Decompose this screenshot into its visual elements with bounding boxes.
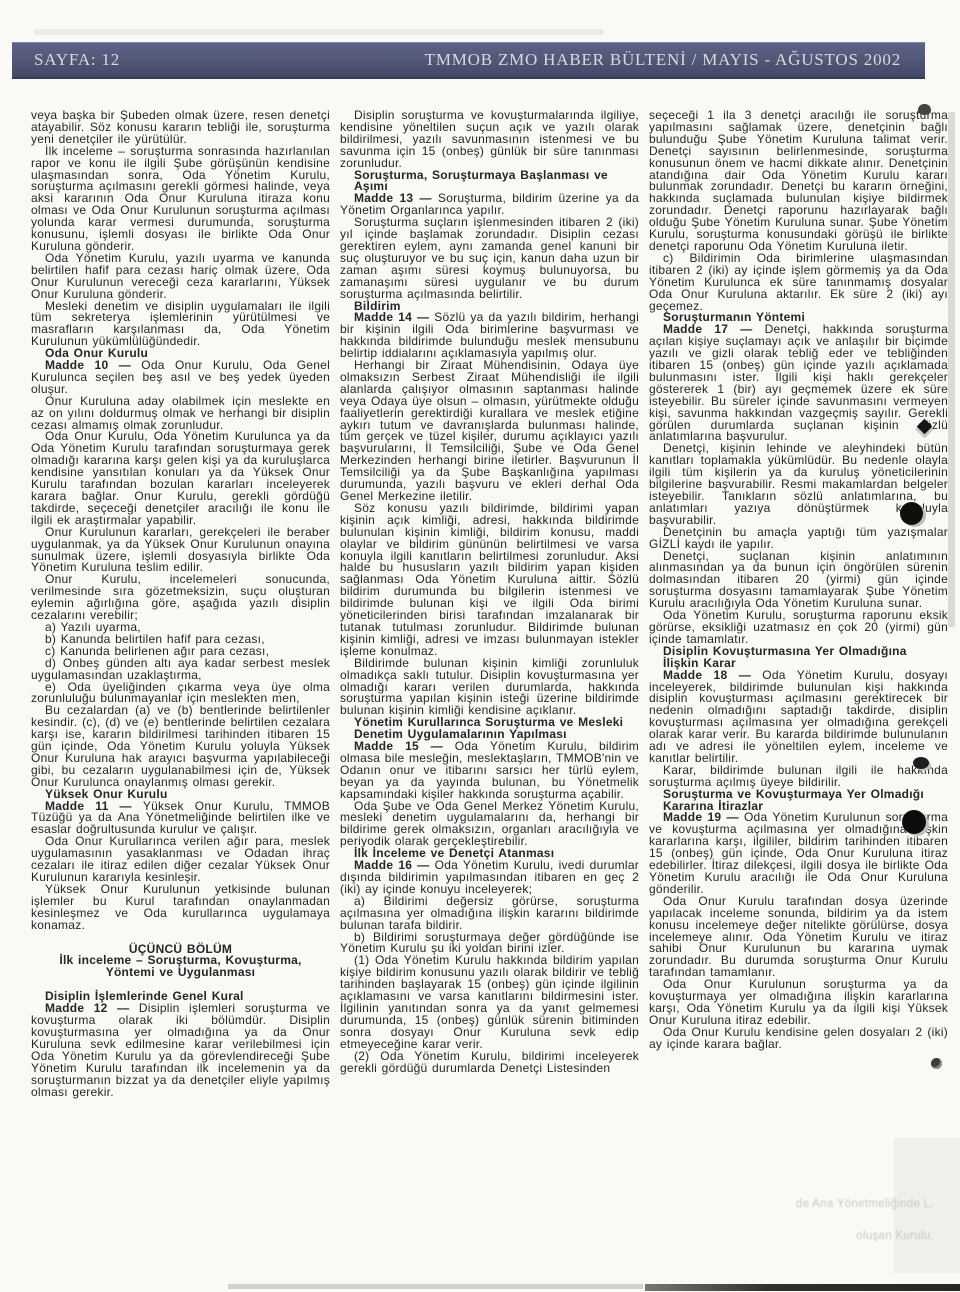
paragraph: Disiplin soruşturma ve kovuşturmalarında… [340,110,639,170]
ink-blob [900,502,923,525]
paragraph: Madde 16 — Oda Yönetim Kurulu, ivedi dur… [340,860,639,896]
paragraph: Madde 10 — Oda Onur Kurulu, Oda Genel Ku… [31,360,330,396]
paragraph: Karar, bildirimde bulunan ilgili ile hak… [649,765,948,789]
paragraph: Bu cezalardan (a) ve (b) bentlerinde bel… [31,705,330,788]
ink-blob [913,757,929,769]
paragraph: Oda Onur Kurulu tarafından dosya üzerind… [649,896,948,979]
paragraph: Oda Yönetim Kurulu, yazılı uyarma ve kan… [31,253,330,301]
paragraph: Oda Yönetim Kurulu, soruşturma raporunu … [649,610,948,646]
scan-edge-strip [948,112,955,627]
madde-number-label: Madde 11 — [45,799,143,813]
paragraph: Soruşturma suçların işlenmesinden itibar… [340,217,639,300]
paragraph: Madde 11 — Yüksek Onur Kurulu, TMMOB Tüz… [31,801,330,837]
ghost-text-line: oluşan Kurulu. [856,1230,934,1242]
ink-blob [918,104,931,115]
paragraph: Oda Onur Kurulu, Oda Yönetim Kurulunca y… [31,431,330,526]
paragraph: Herhangi bir Ziraat Mühendisinin, Odaya … [340,360,639,503]
paragraph: e) Oda üyeliğinden çıkarma veya üye olma… [31,682,330,706]
article-body: veya başka bir Şubeden olmak üzere, rese… [31,110,948,1098]
paragraph: Oda Onur Kurullarınca verilen ağır para,… [31,836,330,884]
madde-number-label: Madde 18 — [663,668,762,682]
paragraph: veya başka bir Şubeden olmak üzere, rese… [31,110,330,146]
madde-number-label: Madde 10 — [45,358,141,372]
paragraph: (1) Oda Yönetim Kurulu hakkında bildirim… [340,955,639,1050]
paragraph: d) Onbeş günden altı aya kadar serbest m… [31,658,330,682]
text-column-1: veya başka bir Şubeden olmak üzere, rese… [31,110,330,1098]
section-heading: İlk inceleme – Soruşturma, Kovuşturma, Y… [31,955,330,979]
scanned-bulletin-page: SAYFA: 12 TMMOB ZMO HABER BÜLTENİ / MAYI… [0,0,960,1292]
paragraph: Oda Onur Kurulunun soruşturma ya da kovu… [649,979,948,1027]
section-heading: Yönetim Kurullarınca Soruşturma ve Mesle… [340,717,639,741]
paragraph: b) Bildirimi soruşturmaya değer gördüğün… [340,932,639,956]
paragraph: Madde 12 — Disiplin işlemleri soruşturma… [31,1003,330,1098]
madde-number-label: Madde 15 — [354,739,455,753]
page-number-label: SAYFA: 12 [12,50,120,70]
paragraph: Oda Şube ve Oda Genel Merkez Yönetim Kur… [340,801,639,849]
paragraph: Madde 18 — Oda Yönetim Kurulu, dosyayı i… [649,670,948,765]
paragraph: Madde 17 — Denetçi, hakkında soruşturma … [649,324,948,443]
section-heading: Soruşturma, Soruşturmaya Başlanması ve A… [340,170,639,194]
madde-number-label: Madde 12 — [45,1001,139,1015]
paragraph: Denetçinin bu amaçla yaptığı tüm yazışma… [649,527,948,551]
paragraph: Söz konusu yazılı bildirimde, bildirimi … [340,503,639,658]
paragraph: Bildirimde bulunan kişinin kimliği zorun… [340,658,639,718]
text-column-3: seçeceği 1 ila 3 denetçi aracılığı ile s… [649,110,948,1098]
header-bar: SAYFA: 12 TMMOB ZMO HABER BÜLTENİ / MAYI… [12,42,925,79]
scan-smudge-top [34,29,604,35]
section-heading: Disiplin Kovuşturmasına Yer Olmadığına İ… [649,646,948,670]
paragraph: Onur Kuruluna aday olabilmek için meslek… [31,396,330,432]
madde-number-label: Madde 17 — [663,322,765,336]
paragraph: Onur Kurulunun kararları, gerekçeleri il… [31,527,330,575]
paragraph: Madde 15 — Oda Yönetim Kurulu, bildirim … [340,741,639,801]
paragraph: a) Bildirimi değersiz görürse, soruşturm… [340,896,639,932]
bulletin-title: TMMOB ZMO HABER BÜLTENİ / MAYIS - AĞUSTO… [425,50,925,70]
ink-blob [902,810,926,834]
ink-blob [931,1058,942,1069]
text-column-2: Disiplin soruşturma ve kovuşturmalarında… [340,110,639,1098]
paragraph: İlk inceleme – soruşturma sonrasında haz… [31,146,330,253]
madde-number-label: Madde 16 — [354,858,435,872]
paragraph: c) Bildirimin Oda birimlerine ulaşmasınd… [649,253,948,313]
madde-number-label: Madde 13 — [354,191,438,205]
scan-edge-bottom-dark [645,1284,960,1291]
madde-number-label: Madde 19 — [663,810,744,824]
paragraph: Mesleki denetim ve disiplin uygulamaları… [31,301,330,349]
paragraph: Onur Kurulu, incelemeleri sonucunda, ver… [31,574,330,622]
paragraph: Madde 14 — Sözlü ya da yazılı bildirim, … [340,312,639,360]
paragraph: (2) Oda Yönetim Kurulu, bildirimi incele… [340,1051,639,1075]
paragraph: seçeceği 1 ila 3 denetçi aracılığı ile s… [649,110,948,253]
madde-number-label: Madde 14 — [354,310,434,324]
paragraph: Denetçi, suçlanan kişinin anlatımının al… [649,551,948,611]
paragraph: Oda Onur Kurulu kendisine gelen dosyalar… [649,1027,948,1051]
section-heading: Soruşturma ve Kovuşturmaya Yer Olmadığı … [649,789,948,813]
paragraph: Madde 13 — Soruşturma, bildirim üzerine … [340,193,639,217]
ghost-text-line: de Ana Yönetmeliğinde L. [796,1198,934,1210]
scan-edge-bottom-light [228,1284,643,1289]
paragraph: Yüksek Onur Kurulunun yetkisinde bulunan… [31,884,330,932]
